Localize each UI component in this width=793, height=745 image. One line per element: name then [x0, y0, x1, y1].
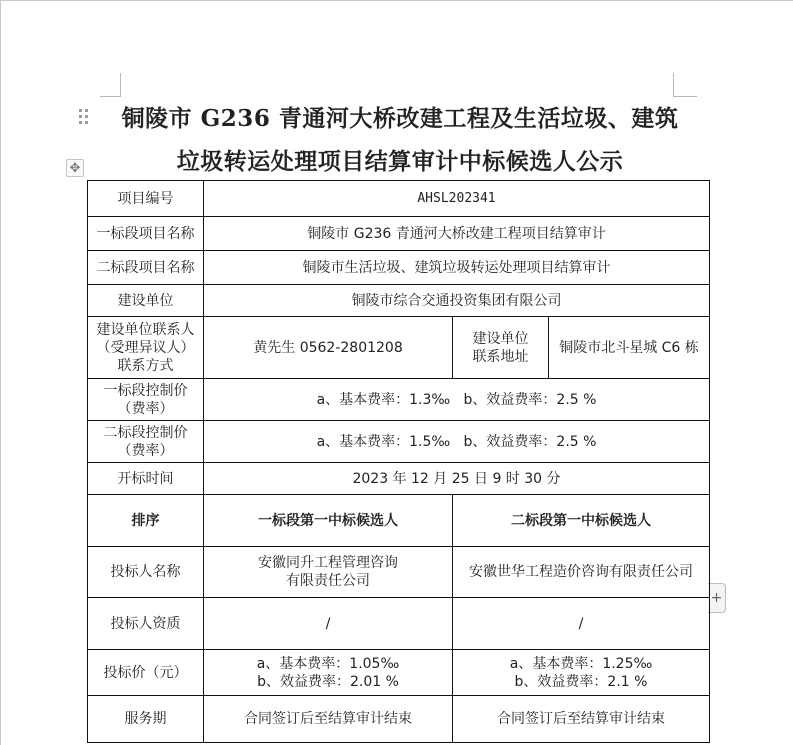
table-row-bid-price: 投标价（元） a、基本费率：1.05‰ b、效益费率：2.01 % a、基本费率…: [88, 650, 710, 696]
value-opening-time: 2023 年 12 月 25 日 9 时 30 分: [204, 463, 710, 495]
value-lot2-service-period: 合同签订后至结算审计结束: [453, 696, 710, 743]
header-lot1-candidate: 一标段第一中标候选人: [204, 495, 453, 547]
document-title-line-2: 垃圾转运处理项目结算审计中标候选人公示: [100, 143, 700, 176]
header-rank: 排序: [88, 495, 204, 547]
value-lot1-qualification: /: [204, 598, 453, 650]
value-lot2-name: 铜陵市生活垃圾、建筑垃圾转运处理项目结算审计: [204, 251, 710, 285]
add-column-button[interactable]: +: [708, 583, 726, 613]
table-row-bidder-name: 投标人名称 安徽同升工程管理咨询 有限责任公司 安徽世华工程造价咨询有限责任公司: [88, 547, 710, 598]
table-row-lot2-control-price: 二标段控制价 （费率） a、基本费率：1.5‰ b、效益费率：2.5 %: [88, 421, 710, 463]
value-lot2-qualification: /: [453, 598, 710, 650]
label-service-period: 服务期: [88, 696, 204, 743]
value-owner: 铜陵市综合交通投资集团有限公司: [204, 285, 710, 317]
label-qualification: 投标人资质: [88, 598, 204, 650]
label-contact: 建设单位联系人 （受理异议人） 联系方式: [88, 317, 204, 379]
value-lot1-name: 铜陵市 G236 青通河大桥改建工程项目结算审计: [204, 217, 710, 251]
table-row-lot2-name: 二标段项目名称 铜陵市生活垃圾、建筑垃圾转运处理项目结算审计: [88, 251, 710, 285]
value-project-no: AHSL202341: [204, 181, 710, 217]
table-row-service-period: 服务期 合同签订后至结算审计结束 合同签订后至结算审计结束: [88, 696, 710, 743]
table-move-handle-icon[interactable]: ✥: [66, 159, 84, 177]
document-title-line-1: 铜陵市 G236 青通河大桥改建工程及生活垃圾、建筑: [100, 100, 700, 133]
page-edge-top: [0, 0, 793, 1]
table-row-contact: 建设单位联系人 （受理异议人） 联系方式 黄先生 0562-2801208 建设…: [88, 317, 710, 379]
label-opening-time: 开标时间: [88, 463, 204, 495]
table-row-qualification: 投标人资质 / /: [88, 598, 710, 650]
label-lot2-name: 二标段项目名称: [88, 251, 204, 285]
label-owner-address: 建设单位 联系地址: [453, 317, 549, 379]
label-owner: 建设单位: [88, 285, 204, 317]
page-edge-left: [0, 0, 1, 745]
bid-announcement-table: 项目编号 AHSL202341 一标段项目名称 铜陵市 G236 青通河大桥改建…: [87, 180, 710, 743]
table-row-candidates-header: 排序 一标段第一中标候选人 二标段第一中标候选人: [88, 495, 710, 547]
value-lot2-bidder-name: 安徽世华工程造价咨询有限责任公司: [453, 547, 710, 598]
value-contact: 黄先生 0562-2801208: [204, 317, 453, 379]
label-lot1-name: 一标段项目名称: [88, 217, 204, 251]
value-lot1-bid-price: a、基本费率：1.05‰ b、效益费率：2.01 %: [204, 650, 453, 696]
table-row-project-no: 项目编号 AHSL202341: [88, 181, 710, 217]
value-lot1-service-period: 合同签订后至结算审计结束: [204, 696, 453, 743]
table-row-opening-time: 开标时间 2023 年 12 月 25 日 9 时 30 分: [88, 463, 710, 495]
value-lot2-control-price: a、基本费率：1.5‰ b、效益费率：2.5 %: [204, 421, 710, 463]
paragraph-drag-handle-icon[interactable]: [79, 109, 91, 125]
header-lot2-candidate: 二标段第一中标候选人: [453, 495, 710, 547]
table-row-lot1-control-price: 一标段控制价 （费率） a、基本费率：1.3‰ b、效益费率：2.5 %: [88, 379, 710, 421]
label-bidder-name: 投标人名称: [88, 547, 204, 598]
value-lot1-bidder-name: 安徽同升工程管理咨询 有限责任公司: [204, 547, 453, 598]
label-lot2-control-price: 二标段控制价 （费率）: [88, 421, 204, 463]
value-lot1-control-price: a、基本费率：1.3‰ b、效益费率：2.5 %: [204, 379, 710, 421]
table-row-lot1-name: 一标段项目名称 铜陵市 G236 青通河大桥改建工程项目结算审计: [88, 217, 710, 251]
label-lot1-control-price: 一标段控制价 （费率）: [88, 379, 204, 421]
label-bid-price: 投标价（元）: [88, 650, 204, 696]
label-project-no: 项目编号: [88, 181, 204, 217]
value-lot2-bid-price: a、基本费率：1.25‰ b、效益费率：2.1 %: [453, 650, 710, 696]
value-owner-address: 铜陵市北斗星城 C6 栋: [549, 317, 710, 379]
table-row-owner: 建设单位 铜陵市综合交通投资集团有限公司: [88, 285, 710, 317]
